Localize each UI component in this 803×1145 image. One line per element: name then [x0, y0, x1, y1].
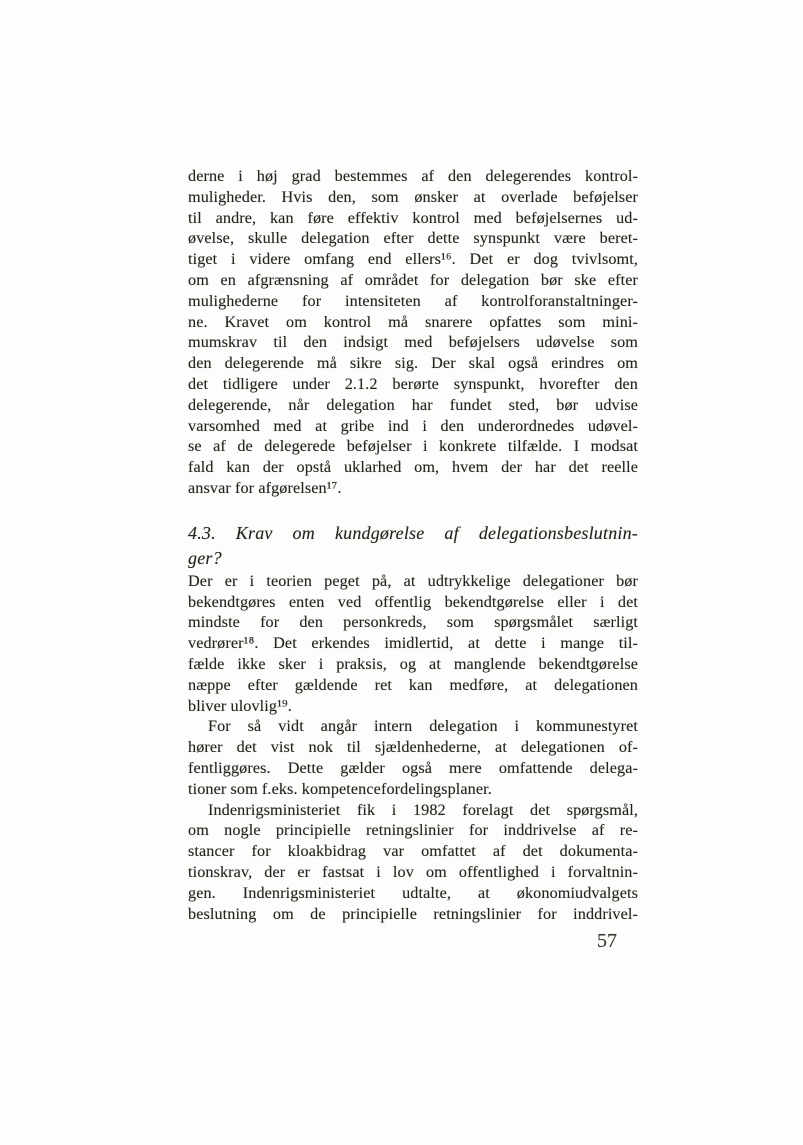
paragraph: For så vidt angår intern delegation i ko…	[188, 716, 638, 799]
text-line: hører det vist nok til sjældenhederne, a…	[188, 737, 638, 758]
text-line: næppe efter gældende ret kan medføre, at…	[188, 675, 638, 696]
text-line: fælde ikke sker i praksis, og at manglen…	[188, 654, 638, 675]
text-line: om en afgrænsning af området for delegat…	[188, 270, 638, 291]
text-line: tiget i videre omfang end ellers¹⁶. Det …	[188, 249, 638, 270]
text-line: tioner som f.eks. kompetencefordelingspl…	[188, 779, 638, 800]
text-line: Der er i teorien peget på, at udtrykkeli…	[188, 571, 638, 592]
text-line: ne. Kravet om kontrol må snarere opfatte…	[188, 312, 638, 333]
text-line: Indenrigsministeriet fik i 1982 forelagt…	[188, 800, 638, 821]
section-heading: 4.3. Krav om kundgørelse af delegationsb…	[188, 521, 638, 571]
text-line: mindste for den personkreds, som spørgsm…	[188, 612, 638, 633]
text-line: tionskrav, der er fastsat i lov om offen…	[188, 862, 638, 883]
text-line: derne i høj grad bestemmes af den delege…	[188, 166, 638, 187]
text-line: muligheder. Hvis den, som ønsker at over…	[188, 187, 638, 208]
text-line: beslutning om de principielle retningsli…	[188, 904, 638, 925]
text-line: gen. Indenrigsministeriet udtalte, at øk…	[188, 883, 638, 904]
text-line: den delegerende må sikre sig. Der skal o…	[188, 353, 638, 374]
text-line: det tidligere under 2.1.2 berørte synspu…	[188, 374, 638, 395]
text-line: vedrører¹⁸. Det erkendes imidlertid, at …	[188, 633, 638, 654]
text-line: fald kan der opstå uklarhed om, hvem der…	[188, 457, 638, 478]
text-line: se af de delegerede beføjelser i konkret…	[188, 436, 638, 457]
paragraph: Der er i teorien peget på, at udtrykkeli…	[188, 571, 638, 717]
text-line: mumskrav til den indsigt med beføjelsers…	[188, 332, 638, 353]
text-line: bliver ulovlig¹⁹.	[188, 696, 638, 717]
text-line: øvelse, skulle delegation efter dette sy…	[188, 228, 638, 249]
page-number: 57	[597, 931, 617, 951]
text-line: om nogle principielle retningslinier for…	[188, 820, 638, 841]
text-line: ansvar for afgørelsen¹⁷.	[188, 478, 638, 499]
text-line: bekendtgøres enten ved offentlig bekendt…	[188, 592, 638, 613]
paragraph: Indenrigsministeriet fik i 1982 forelagt…	[188, 800, 638, 925]
text-line: stancer for kloakbidrag var omfattet af …	[188, 841, 638, 862]
text-line: For så vidt angår intern delegation i ko…	[188, 716, 638, 737]
text-line: mulighederne for intensiteten af kontrol…	[188, 291, 638, 312]
text-line: varsomhed med at gribe ind i den underor…	[188, 416, 638, 437]
text-column: derne i høj grad bestemmes af den delege…	[188, 166, 638, 924]
scanned-book-page: derne i høj grad bestemmes af den delege…	[0, 0, 803, 1145]
heading-line: ger?	[188, 546, 638, 571]
heading-line: 4.3. Krav om kundgørelse af delegationsb…	[188, 521, 638, 546]
text-line: fentliggøres. Dette gælder også mere omf…	[188, 758, 638, 779]
text-line: delegerende, når delegation har fundet s…	[188, 395, 638, 416]
paragraph-continuation: derne i høj grad bestemmes af den delege…	[188, 166, 638, 499]
text-line: til andre, kan føre effektiv kontrol med…	[188, 208, 638, 229]
